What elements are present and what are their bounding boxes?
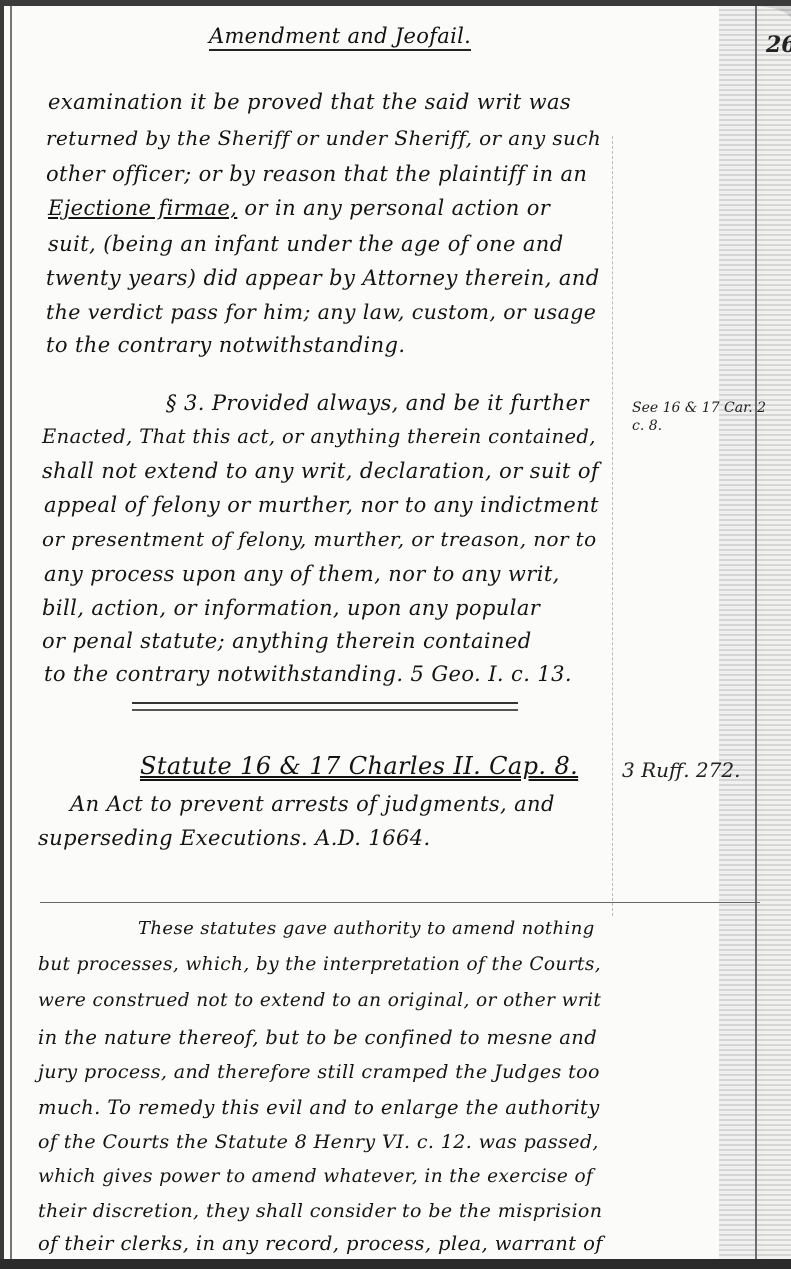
text-line: their discretion, they shall consider to… bbox=[38, 1200, 602, 1222]
text-line: or presentment of felony, murther, or tr… bbox=[42, 527, 597, 551]
text-line: An Act to prevent arrests of judgments, … bbox=[70, 792, 555, 816]
statute-title: Statute 16 & 17 Charles II. Cap. 8. bbox=[140, 752, 578, 780]
text-line: the verdict pass for him; any law, custo… bbox=[46, 300, 596, 324]
text-line: appeal of felony or murther, nor to any … bbox=[44, 493, 599, 517]
text-line: to the contrary notwithstanding. 5 Geo. … bbox=[44, 662, 572, 686]
scan-border bbox=[0, 1259, 791, 1269]
text-line: These statutes gave authority to amend n… bbox=[138, 918, 595, 939]
text-line: but processes, which, by the interpretat… bbox=[38, 954, 601, 975]
text-line: which gives power to amend whatever, in … bbox=[38, 1166, 593, 1187]
text-line: examination it be proved that the said w… bbox=[48, 90, 571, 114]
text-line: Ejectione firmae, or in any personal act… bbox=[48, 196, 550, 220]
left-page-edge bbox=[10, 6, 12, 1261]
page-number: 26 bbox=[766, 32, 791, 58]
text-fragment: or in any personal action or bbox=[244, 196, 550, 220]
underlined-term: Ejectione firmae, bbox=[48, 196, 237, 220]
margin-note-citation: 3 Ruff. 272. bbox=[622, 758, 740, 782]
horizontal-rule bbox=[40, 902, 760, 903]
text-line: any process upon any of them, nor to any… bbox=[44, 562, 560, 586]
section-divider bbox=[132, 702, 518, 711]
text-line: much. To remedy this evil and to enlarge… bbox=[38, 1096, 600, 1119]
text-line: jury process, and therefore still crampe… bbox=[38, 1061, 600, 1083]
section-heading-line: § 3. Provided always, and be it further bbox=[166, 391, 589, 415]
text-line: Enacted, That this act, or anything ther… bbox=[42, 425, 596, 448]
text-line: suit, (being an infant under the age of … bbox=[48, 232, 564, 256]
page-binding-edge bbox=[719, 6, 791, 1261]
text-line: returned by the Sheriff or under Sheriff… bbox=[46, 126, 601, 150]
text-line: to the contrary notwithstanding. bbox=[46, 333, 405, 357]
manuscript-page: Amendment and Jeofail. 26 examination it… bbox=[4, 6, 791, 1261]
text-line: bill, action, or information, upon any p… bbox=[42, 596, 540, 620]
text-line: other officer; or by reason that the pla… bbox=[46, 162, 587, 186]
page-header-title: Amendment and Jeofail. bbox=[209, 24, 471, 51]
text-line: of their clerks, in any record, process,… bbox=[38, 1232, 603, 1255]
text-line: superseding Executions. A.D. 1664. bbox=[38, 826, 431, 850]
text-line: shall not extend to any writ, declaratio… bbox=[42, 459, 599, 483]
text-line: twenty years) did appear by Attorney the… bbox=[46, 266, 600, 290]
margin-note: c. 8. bbox=[632, 418, 662, 434]
margin-note: See 16 & 17 Car. 2 bbox=[632, 400, 766, 416]
margin-rule bbox=[612, 136, 613, 916]
text-line: in the nature thereof, but to be confine… bbox=[38, 1026, 597, 1049]
text-line: were construed not to extend to an origi… bbox=[38, 990, 601, 1011]
text-line: or penal statute; anything therein conta… bbox=[42, 629, 532, 653]
text-line: of the Courts the Statute 8 Henry VI. c.… bbox=[38, 1131, 599, 1153]
